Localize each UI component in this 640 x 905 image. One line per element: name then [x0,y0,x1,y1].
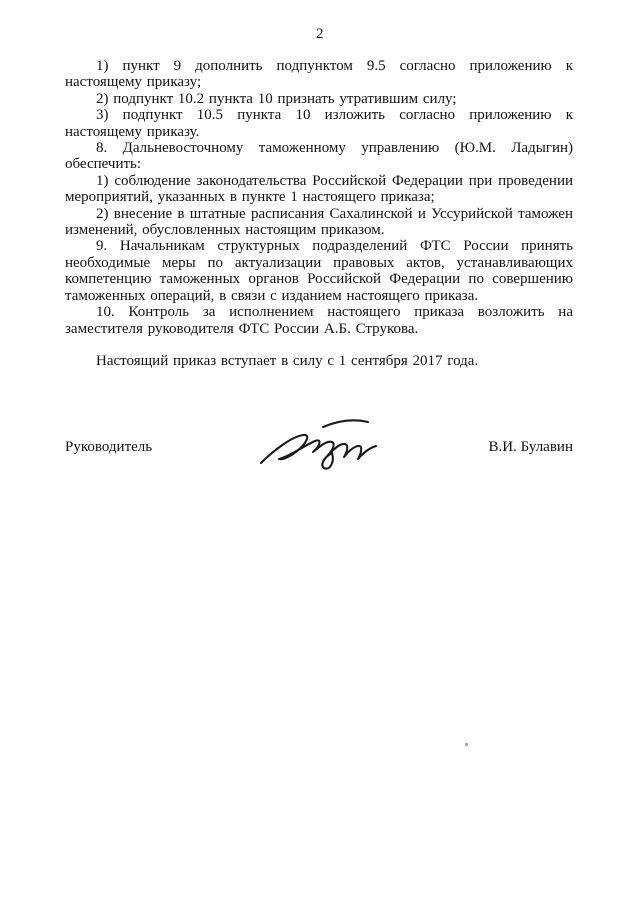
paragraph-point-8-sub-1: 1) соблюдение законодательства Российско… [65,173,573,206]
paragraph-subitem-10-2: 2) подпункт 10.2 пункта 10 признать утра… [65,91,573,107]
paragraph-subitem-9-5: 1) пункт 9 дополнить подпунктом 9.5 согл… [65,58,573,91]
paragraph-entry-into-force: Настоящий приказ вступает в силу с 1 сен… [65,353,573,369]
paragraph-subitem-10-5: 3) подпункт 10.5 пункта 10 изложить согл… [65,107,573,140]
document-body: 1) пункт 9 дополнить подпунктом 9.5 согл… [65,58,573,475]
paragraph-point-8: 8. Дальневосточному таможенному управлен… [65,140,573,173]
page-number: 2 [0,0,640,43]
paragraph-point-9: 9. Начальникам структурных подразделений… [65,238,573,304]
scan-artifact-dot [465,743,468,746]
document-page: 2 1) пункт 9 дополнить подпунктом 9.5 со… [0,0,640,905]
handwritten-signature-icon [255,413,385,475]
signatory-name: В.И. Булавин [489,439,573,455]
signatory-title: Руководитель [65,439,152,455]
paragraph-point-8-sub-2: 2) внесение в штатные расписания Сахалин… [65,206,573,239]
signature-block: Руководитель В.И. Булавин [65,419,573,475]
paragraph-point-10: 10. Контроль за исполнением настоящего п… [65,304,573,337]
